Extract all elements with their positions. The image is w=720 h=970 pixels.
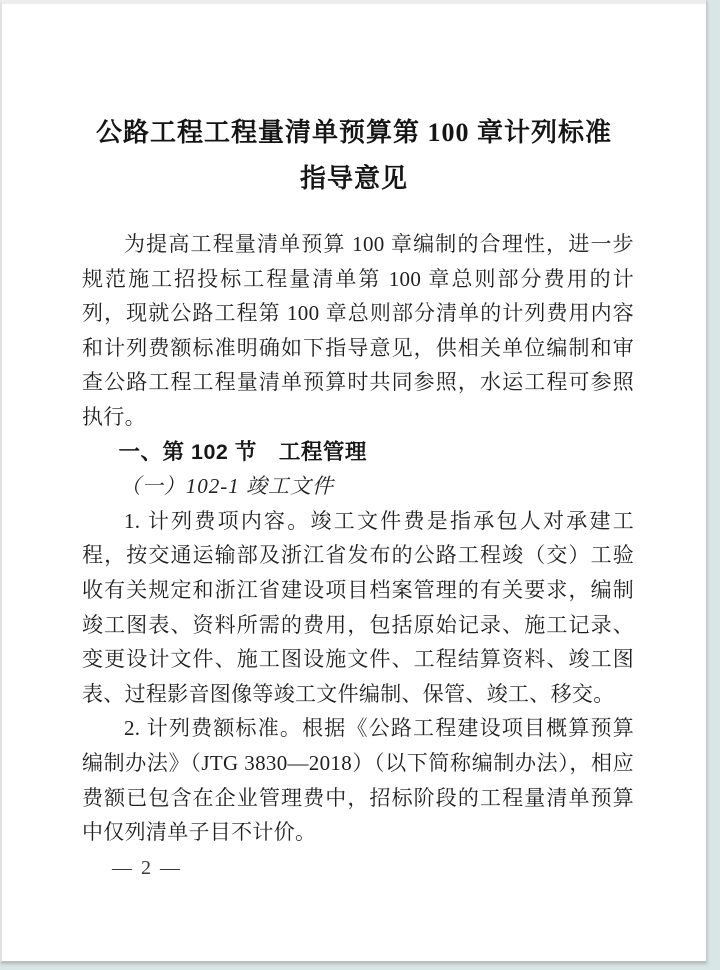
document-page: 公路工程工程量清单预算第 100 章计列标准 指导意见 为提高工程量清单预算 1…	[0, 0, 706, 963]
subsection-heading: （一）102-1 竣工文件	[82, 469, 634, 504]
intro-paragraph: 为提高工程量清单预算 100 章编制的合理性，进一步规范施工招投标工程量清单第 …	[82, 227, 634, 435]
document-body: 为提高工程量清单预算 100 章编制的合理性，进一步规范施工招投标工程量清单第 …	[82, 227, 634, 850]
item-2-paragraph: 2. 计列费额标准。根据《公路工程建设项目概算预算编制办法》（JTG 3830—…	[82, 711, 634, 849]
item-1-paragraph: 1. 计列费项内容。竣工文件费是指承包人对承建工程，按交通运输部及浙江省发布的公…	[82, 504, 634, 712]
page-title-line2: 指导意见	[62, 156, 646, 202]
page-title-line1: 公路工程工程量清单预算第 100 章计列标准	[62, 110, 646, 156]
page-number: — 2 —	[112, 857, 182, 880]
document-title: 公路工程工程量清单预算第 100 章计列标准 指导意见	[62, 110, 646, 202]
scan-background: 公路工程工程量清单预算第 100 章计列标准 指导意见 为提高工程量清单预算 1…	[0, 0, 720, 970]
section-heading: 一、第 102 节 工程管理	[82, 435, 634, 470]
